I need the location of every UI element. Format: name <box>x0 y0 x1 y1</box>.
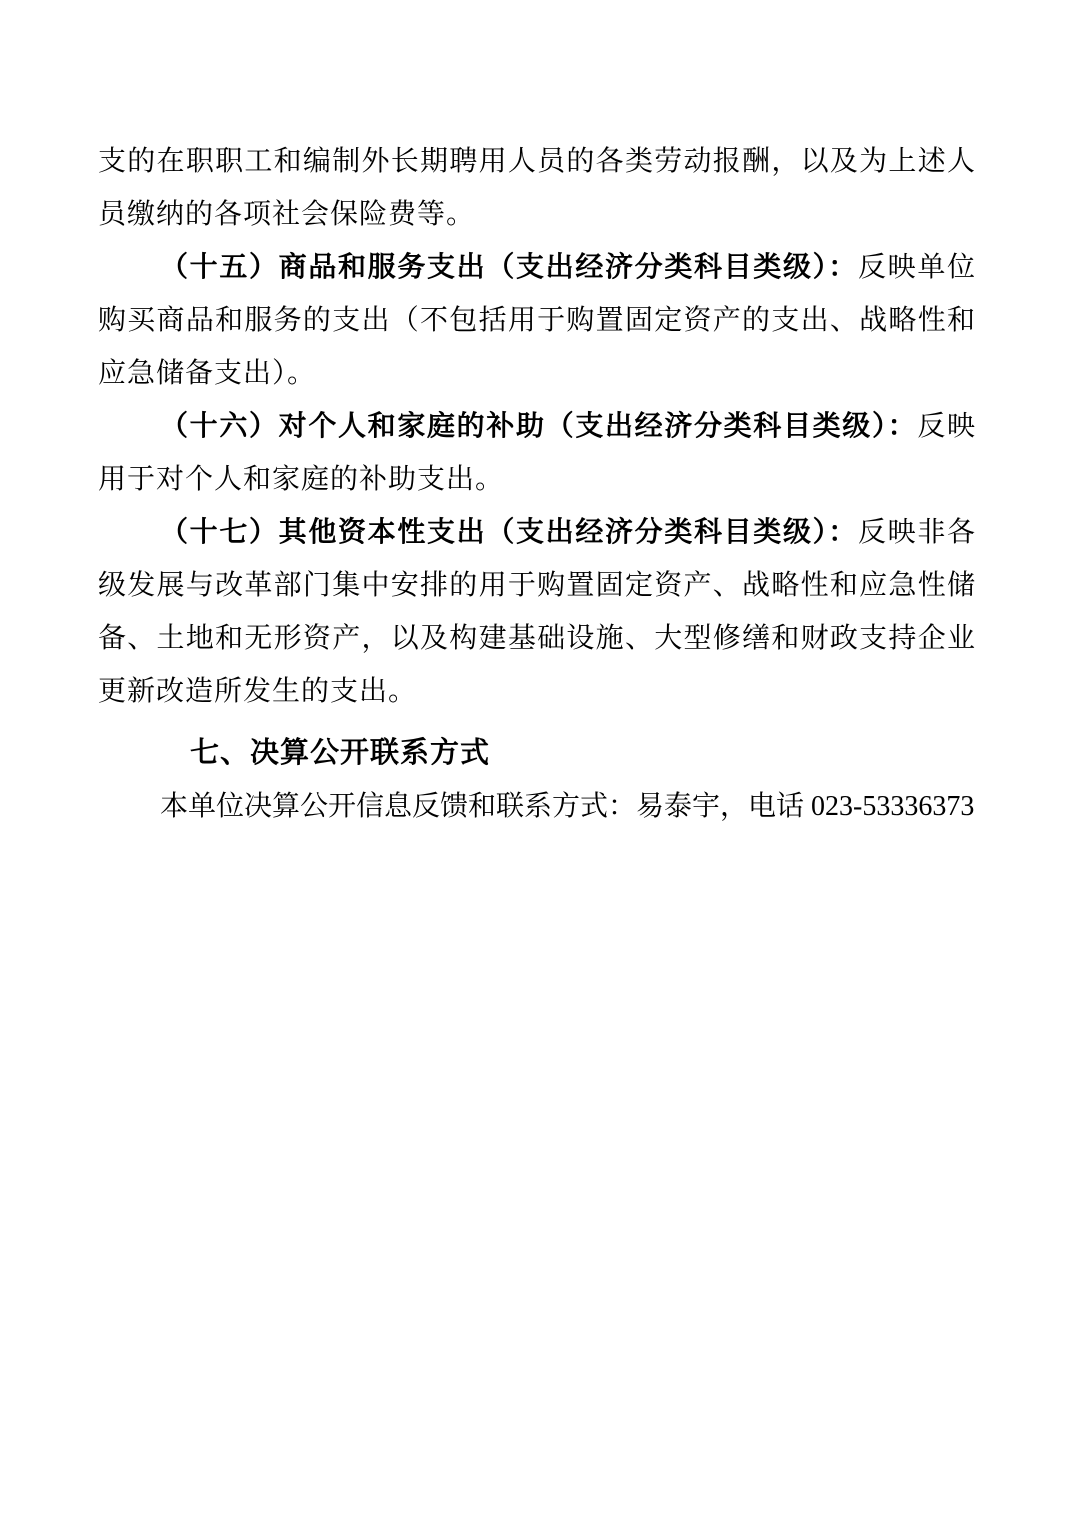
section-heading: 七、决算公开联系方式 <box>98 727 976 780</box>
paragraph-item-15: （十五）商品和服务支出（支出经济分类科目类级）：反映单位购买商品和服务的支出（不… <box>98 241 976 400</box>
paragraph-lead: （十七）其他资本性支出（支出经济分类科目类级）： <box>160 517 858 548</box>
document-page: 支的在职职工和编制外长期聘用人员的各类劳动报酬，以及为上述人员缴纳的各项社会保险… <box>0 0 1074 1520</box>
paragraph-text: 支的在职职工和编制外长期聘用人员的各类劳动报酬，以及为上述人员缴纳的各项社会保险… <box>98 146 976 230</box>
page-content: 支的在职职工和编制外长期聘用人员的各类劳动报酬，以及为上述人员缴纳的各项社会保险… <box>98 135 976 833</box>
paragraph-lead: （十六）对个人和家庭的补助（支出经济分类科目类级）： <box>160 411 917 442</box>
paragraph-contact: 本单位决算公开信息反馈和联系方式：易泰宇，电话 023-53336373 <box>98 780 976 833</box>
paragraph-item-17: （十七）其他资本性支出（支出经济分类科目类级）：反映非各级发展与改革部门集中安排… <box>98 506 976 718</box>
contact-text: 本单位决算公开信息反馈和联系方式：易泰宇，电话 <box>160 791 811 822</box>
paragraph-item-16: （十六）对个人和家庭的补助（支出经济分类科目类级）：反映用于对个人和家庭的补助支… <box>98 400 976 506</box>
paragraph-continuation: 支的在职职工和编制外长期聘用人员的各类劳动报酬，以及为上述人员缴纳的各项社会保险… <box>98 135 976 241</box>
paragraph-lead: （十五）商品和服务支出（支出经济分类科目类级）： <box>160 252 858 283</box>
section-heading-text: 七、决算公开联系方式 <box>190 737 490 769</box>
phone-number: 023-53336373 <box>811 791 974 822</box>
